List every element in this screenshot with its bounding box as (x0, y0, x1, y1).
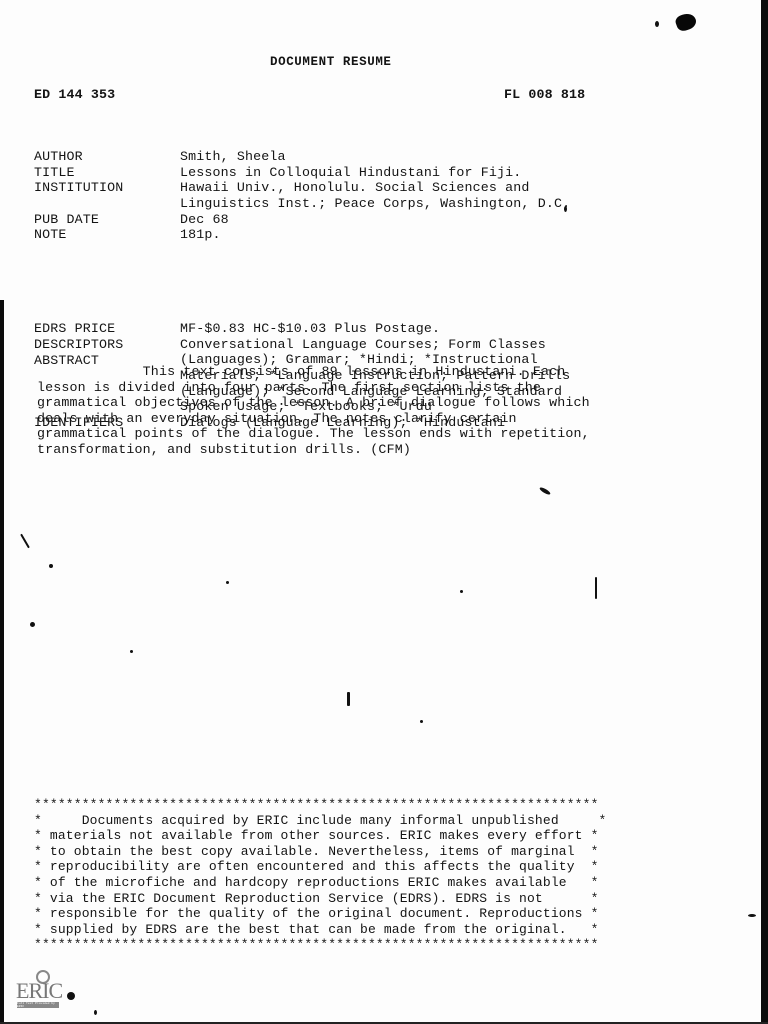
ed-number: ED 144 353 (34, 87, 115, 103)
text-line: This text consists of 89 lessons in Hind… (37, 364, 697, 380)
field-value: Lessons in Colloquial Hindustani for Fij… (180, 165, 521, 181)
field-label: AUTHOR (34, 149, 180, 165)
scan-speck (595, 577, 597, 599)
field-label: INSTITUTION (34, 180, 180, 196)
scan-speck (67, 992, 75, 1000)
scan-speck (49, 564, 53, 568)
field-label: EDRS PRICE (34, 321, 180, 337)
document-title: DOCUMENT RESUME (270, 55, 392, 71)
text-line: * responsible for the quality of the ori… (34, 906, 607, 922)
eric-logo: ERIC Full Text Provided by ERIC (14, 970, 64, 1010)
eric-logo-text: ERIC (16, 978, 62, 1004)
abstract-text: This text consists of 89 lessons in Hind… (37, 364, 697, 458)
field-value: MF-$0.83 HC-$10.03 Plus Postage. (180, 321, 440, 337)
eric-reproduction-notice: ****************************************… (34, 797, 607, 953)
text-line: grammatical points of the dialogue. The … (37, 426, 697, 442)
scan-speck (564, 206, 567, 212)
text-line: * supplied by EDRS are the best that can… (34, 922, 607, 938)
scan-speck (539, 486, 551, 495)
text-line: * via the ERIC Document Reproduction Ser… (34, 891, 607, 907)
scan-speck (130, 650, 133, 653)
text-line: * reproducibility are often encountered … (34, 859, 607, 875)
field-value: Smith, Sheela (180, 149, 286, 165)
scan-speck (20, 534, 30, 549)
field-row: PUB DATEDec 68 (34, 212, 570, 228)
text-line: * of the microfiche and hardcopy reprodu… (34, 875, 607, 891)
text-line: * Documents acquired by ERIC include man… (34, 813, 607, 829)
field-row: DESCRIPTORSConversational Language Cours… (34, 337, 570, 353)
bibliographic-fields: AUTHORSmith, SheelaTITLELessons in Collo… (34, 149, 570, 243)
text-line: ****************************************… (34, 937, 607, 953)
field-value: Dec 68 (180, 212, 229, 228)
scanned-page: DOCUMENT RESUME ED 144 353 FL 008 818 AU… (0, 0, 768, 1024)
field-row: TITLELessons in Colloquial Hindustani fo… (34, 165, 570, 181)
scan-speck (748, 914, 756, 917)
scan-speck (655, 21, 659, 27)
field-label: NOTE (34, 227, 180, 243)
scan-speck (226, 581, 229, 584)
eric-logo-tagline: Full Text Provided by ERIC (17, 1002, 59, 1008)
text-line: transformation, and substitution drills.… (37, 442, 697, 458)
field-label: DESCRIPTORS (34, 337, 180, 353)
text-line: lesson is divided into four parts. The f… (37, 380, 697, 396)
text-line: deals with an everyday situation. The no… (37, 411, 697, 427)
scan-border-right (761, 0, 768, 1024)
scan-border-left (0, 300, 4, 1024)
scan-artifact-blob (674, 11, 698, 33)
scan-speck (460, 590, 463, 593)
text-line: ****************************************… (34, 797, 607, 813)
scan-speck (420, 720, 423, 723)
field-label: PUB DATE (34, 212, 180, 228)
field-row: Linguistics Inst.; Peace Corps, Washingt… (34, 196, 570, 212)
field-value: Hawaii Univ., Honolulu. Social Sciences … (180, 180, 530, 196)
scan-speck (94, 1010, 97, 1015)
field-value: 181p. (180, 227, 221, 243)
field-row: AUTHORSmith, Sheela (34, 149, 570, 165)
field-value: Conversational Language Courses; Form Cl… (180, 337, 546, 353)
field-row: INSTITUTIONHawaii Univ., Honolulu. Socia… (34, 180, 570, 196)
field-row: NOTE181p. (34, 227, 570, 243)
text-line: grammatical objectives of the lesson. A … (37, 395, 697, 411)
field-row: EDRS PRICEMF-$0.83 HC-$10.03 Plus Postag… (34, 321, 570, 337)
field-value: Linguistics Inst.; Peace Corps, Washingt… (180, 196, 570, 212)
field-label: TITLE (34, 165, 180, 181)
scan-speck (30, 622, 35, 627)
fl-number: FL 008 818 (504, 87, 585, 103)
text-line: * materials not available from other sou… (34, 828, 607, 844)
field-label (34, 196, 180, 212)
text-line: * to obtain the best copy available. Nev… (34, 844, 607, 860)
scan-speck (347, 692, 350, 706)
